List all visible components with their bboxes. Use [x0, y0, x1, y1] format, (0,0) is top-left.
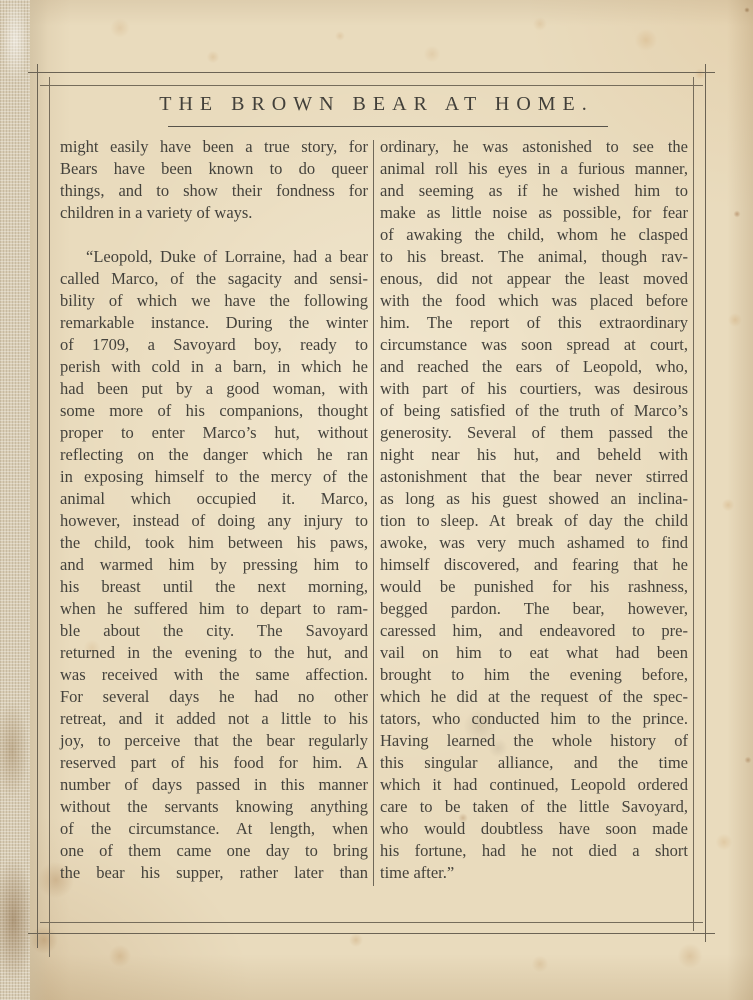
text-line: his fortune, had he not died a short — [380, 840, 688, 862]
frame-outer-bottom-rule — [28, 933, 715, 934]
column-divider-rule — [373, 140, 374, 886]
text-line: called Marco, of the sagacity and sensi- — [60, 268, 368, 290]
text-line: awoke, was very much ashamed to find — [380, 532, 688, 554]
text-column-right: ordinary, he was astonished to see thean… — [380, 136, 688, 884]
text-line: astonishment that the bear never stirred — [380, 466, 688, 488]
text-line: vail on him to eat what had been — [380, 642, 688, 664]
text-line: tators, who conducted him to the prince. — [380, 708, 688, 730]
text-line: children in a variety of ways. — [60, 202, 368, 224]
paragraph: “Leopold, Duke of Lorraine, had a bearca… — [60, 246, 368, 884]
text-line: of 1709, a Savoyard boy, ready to — [60, 334, 368, 356]
text-line: ordinary, he was astonished to see the — [380, 136, 688, 158]
text-line: care to be taken of the little Savoyard, — [380, 796, 688, 818]
text-line: himself discovered, and fearing that he — [380, 554, 688, 576]
text-line: and warmed him by pressing him to — [60, 554, 368, 576]
text-line: night near his hut, and beheld with — [380, 444, 688, 466]
text-line: without the servants knowing anything — [60, 796, 368, 818]
text-line: perish with cold in a barn, in which he — [60, 356, 368, 378]
text-line: which he did at the request of the spec- — [380, 686, 688, 708]
text-line: and seeming as if he wished him to — [380, 180, 688, 202]
title-underline-rule — [168, 126, 608, 127]
text-line: Bears have been known to do queer — [60, 158, 368, 180]
text-line: things, and to show their fondness for — [60, 180, 368, 202]
text-line: with the food which was placed before — [380, 290, 688, 312]
text-line: caressed him, and endeavored to pre- — [380, 620, 688, 642]
text-line: generosity. Several of them passed the — [380, 422, 688, 444]
text-line: this singular alliance, and the time — [380, 752, 688, 774]
text-line: who would doubtless have soon made — [380, 818, 688, 840]
text-line: of being satisfied of the truth of Marco… — [380, 400, 688, 422]
text-line: “Leopold, Duke of Lorraine, had a bear — [60, 246, 368, 268]
text-line: and reached the ears of Leopold, who, — [380, 356, 688, 378]
binding-edge-fade — [30, 0, 48, 1000]
text-line: reflecting on the danger which he ran — [60, 444, 368, 466]
text-line: joy, to perceive that the bear regularly — [60, 730, 368, 752]
text-line: had been put by a good woman, with — [60, 378, 368, 400]
text-line: enous, did not appear the least moved — [380, 268, 688, 290]
text-line: bility of which we have the following — [60, 290, 368, 312]
text-line: reserved part of his food for him. A — [60, 752, 368, 774]
text-line: his breast until the next morning, — [60, 576, 368, 598]
text-line: circumstance was soon spread at court, — [380, 334, 688, 356]
text-line: animal which occupied it. Marco, — [60, 488, 368, 510]
text-line: brought to him the evening before, — [380, 664, 688, 686]
text-line: one of them came one day to bring — [60, 840, 368, 862]
frame-inner-right-rule — [693, 77, 694, 931]
text-line: For several days he had no other — [60, 686, 368, 708]
text-line: was received with the same affection. — [60, 664, 368, 686]
text-line: with part of his courtiers, was desirous — [380, 378, 688, 400]
text-line: time after.” — [380, 862, 688, 884]
frame-outer-right-rule — [705, 64, 706, 942]
text-line: number of days passed in this manner — [60, 774, 368, 796]
text-line: begged pardon. The bear, however, — [380, 598, 688, 620]
text-line: him. The report of this extraordinary — [380, 312, 688, 334]
text-line: however, instead of doing any injury to — [60, 510, 368, 532]
text-line: of the circumstance. At length, when — [60, 818, 368, 840]
text-column-left: might easily have been a true story, for… — [60, 136, 368, 884]
text-line: would be punished for his rashness, — [380, 576, 688, 598]
text-line: returned in the evening to the hut, and — [60, 642, 368, 664]
text-line: Having learned the whole history of — [380, 730, 688, 752]
text-line: the child, took him between his paws, — [60, 532, 368, 554]
page-title: THE BROWN BEAR AT HOME. — [0, 93, 753, 116]
text-line: as long as his guest showed an inclina- — [380, 488, 688, 510]
book-page: { "page": { "title": "THE BROWN BEAR AT … — [0, 0, 753, 1000]
text-line: of awaking the child, whom he clasped — [380, 224, 688, 246]
text-line: which it had continued, Leopold ordered — [380, 774, 688, 796]
text-line: proper to enter Marco’s hut, without — [60, 422, 368, 444]
text-line: when he suffered him to depart to ram- — [60, 598, 368, 620]
frame-inner-bottom-rule — [40, 922, 703, 923]
text-line: tion to sleep. At break of day the child — [380, 510, 688, 532]
paragraph: ordinary, he was astonished to see thean… — [380, 136, 688, 884]
text-line: in exposing himself to the mercy of the — [60, 466, 368, 488]
text-line: ble about the city. The Savoyard — [60, 620, 368, 642]
binding-edge — [0, 0, 30, 1000]
frame-inner-top-rule — [40, 85, 703, 86]
frame-outer-top-rule — [28, 72, 715, 73]
text-line: the bear his supper, rather later than — [60, 862, 368, 884]
text-line: animal roll his eyes in a furious manner… — [380, 158, 688, 180]
paragraph: might easily have been a true story, for… — [60, 136, 368, 224]
frame-inner-left-rule — [49, 77, 50, 957]
frame-outer-left-rule — [37, 64, 38, 948]
text-line: retreat, and it added not a little to hi… — [60, 708, 368, 730]
text-line: make as little noise as possible, for fe… — [380, 202, 688, 224]
text-line: remarkable instance. During the winter — [60, 312, 368, 334]
text-line: to his breast. The animal, though rav- — [380, 246, 688, 268]
text-line: some more of his companions, thought — [60, 400, 368, 422]
text-line: might easily have been a true story, for — [60, 136, 368, 158]
